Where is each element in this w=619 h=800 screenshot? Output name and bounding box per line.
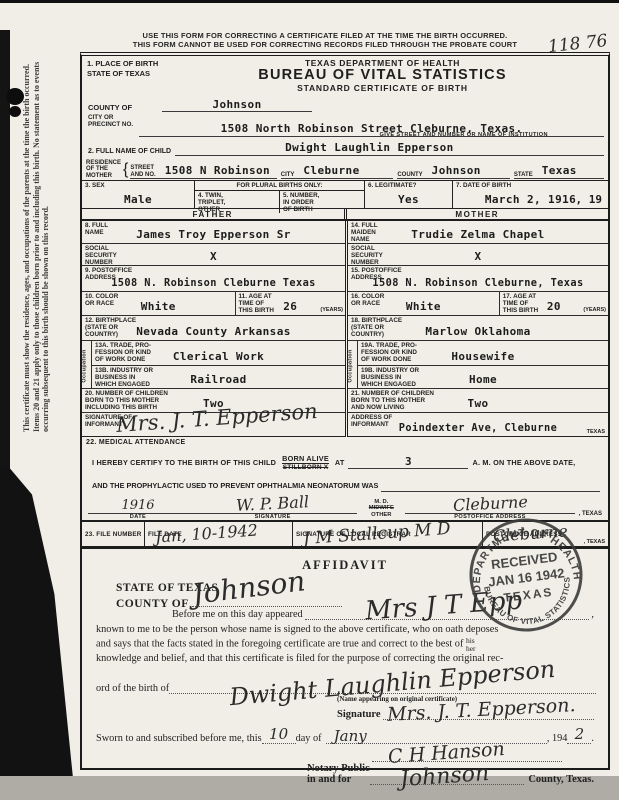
- father-birthplace-value: Nevada County Arkansas: [136, 325, 291, 338]
- state-of-texas-label: STATE OF TEXAS: [87, 69, 237, 79]
- father-address-label: 9. POSTOFFICE ADDRESS: [85, 267, 132, 281]
- notice-line-1: USE THIS FORM FOR CORRECTING A CERTIFICA…: [90, 31, 560, 40]
- father-column: 8. FULL NAME James Troy Epperson Sr SOCI…: [82, 221, 345, 437]
- children-living-field: 21. NUMBER OF CHILDREN BORN TO THIS MOTH…: [348, 389, 608, 413]
- mother-occupation-block: Occupation 19A. TRADE, PRO- FESSION OR K…: [348, 341, 608, 389]
- sworn-month-handwriting: Jany: [334, 727, 367, 745]
- scan-black-wedge: [0, 468, 80, 800]
- sex-field: 3. SEX Male: [82, 181, 194, 208]
- sworn-year-handwriting: 2: [575, 725, 585, 743]
- dob-label: 7. DATE OF BIRTH: [456, 182, 511, 189]
- legitimate-value: Yes: [398, 193, 419, 206]
- mother-age-field: 17. AGE AT TIME OF THIS BIRTH 20 (YEARS): [499, 292, 608, 315]
- sworn-end-period: .: [591, 733, 594, 744]
- sex-value: Male: [124, 193, 152, 206]
- sworn-day-handwriting: 10: [269, 725, 288, 743]
- father-ssn-label: SOCIAL SECURITY NUMBER: [85, 245, 117, 266]
- mother-name-field: 14. FULL MAIDEN NAME Trudie Zelma Chapel: [348, 221, 608, 244]
- mother-industry-field: 19B. INDUSTRY OR BUSINESS IN WHICH ENGAG…: [357, 366, 608, 389]
- notary-signature-line: C H Hanson: [372, 739, 562, 762]
- father-name-label: 8. FULL NAME: [85, 222, 108, 236]
- mother-name-value: Trudie Zelma Chapel: [411, 228, 544, 241]
- signature-label: Signature: [337, 709, 383, 720]
- sworn-mid-text: day of: [296, 733, 322, 744]
- sex-label: 3. SEX: [85, 182, 105, 189]
- prophylactic-line: AND THE PROPHYLACTIC USED TO PREVENT OPH…: [82, 474, 608, 496]
- child-name-field: 2. FULL NAME OF CHILD Dwight Laughlin Ep…: [82, 137, 608, 156]
- father-age-units: (YEARS): [320, 307, 343, 313]
- dob-value: March 2, 1916: [485, 193, 576, 206]
- father-ssn-value: X: [210, 250, 217, 263]
- certify-line: I HEREBY CERTIFY TO THE BIRTH OF THIS CH…: [82, 450, 608, 474]
- certificate-form: 1. PLACE OF BIRTH STATE OF TEXAS TEXAS D…: [80, 52, 610, 770]
- affidavit-section: AFFIDAVIT STATE OF TEXAS COUNTY OF Johns…: [82, 546, 608, 768]
- mother-trade-value: Housewife: [451, 350, 514, 363]
- mother-residence-field: RESIDENCE OF THE MOTHER { STREET AND NO.…: [82, 156, 608, 181]
- legitimate-field: 6. LEGITIMATE? Yes: [364, 181, 452, 208]
- rotated-margin-note: This certificate must show the residence…: [22, 60, 51, 432]
- occupation-side-label: Occupation: [348, 349, 354, 382]
- file-date-handwriting: Jan, 10-1942: [154, 520, 258, 546]
- city-precinct-field: CITY OR PRECINCT NO. 1508 North Robinson…: [82, 112, 608, 137]
- affidavit-signature-row: Signature Mrs. J. T. Epperson.: [337, 701, 594, 720]
- vitals-row: 3. SEX Male FOR PLURAL BIRTHS ONLY: 4. T…: [82, 181, 608, 209]
- mother-address-label: 15. POSTOFFICE ADDRESS: [351, 267, 402, 281]
- mother-column: 14. FULL MAIDEN NAME Trudie Zelma Chapel…: [345, 221, 608, 437]
- informant-address-state: TEXAS: [587, 429, 605, 435]
- notary-block: Notary Public in and for Johnson County,…: [307, 763, 594, 785]
- mother-age-label: 17. AGE AT TIME OF THIS BIRTH: [503, 293, 538, 314]
- father-age-value: 26: [283, 300, 297, 313]
- medical-date-handwriting: 1916: [121, 498, 154, 513]
- form-usage-notice: USE THIS FORM FOR CORRECTING A CERTIFICA…: [90, 31, 560, 49]
- father-race-label: 10. COLOR OR RACE: [85, 293, 118, 307]
- attendant-postoffice-handwriting: Cleburne: [452, 492, 528, 515]
- father-trade-label: 13A. TRADE, PRO- FESSION OR KIND OF WORK…: [95, 342, 151, 363]
- street-label: STREET AND NO.: [130, 165, 155, 178]
- mother-address-field: 15. POSTOFFICE ADDRESS 1508 N. Robinson …: [348, 266, 608, 292]
- notary-public-label: Notary Public in and for: [307, 763, 370, 785]
- father-section-label: FATHER: [82, 209, 344, 219]
- birth-of-line: ord of the birth of Dwight Laughlin Eppe…: [96, 677, 596, 694]
- sworn-pre-text: Sworn to and subscribed before me, this: [96, 733, 262, 744]
- father-race-value: White: [141, 300, 176, 313]
- children-born-label: 20. NUMBER OF CHILDREN BORN TO THIS MOTH…: [85, 390, 168, 411]
- bureau-title: BUREAU OF VITAL STATISTICS: [237, 68, 528, 83]
- informant-signature-field: SIGNATURE OF INFORMANT Mrs. J. T. Eppers…: [82, 413, 345, 437]
- appeared-pre-text: Before me on this day appeared: [96, 609, 303, 620]
- father-name-value: James Troy Epperson Sr: [136, 228, 291, 241]
- children-living-label: 21. NUMBER OF CHILDREN BORN TO THIS MOTH…: [351, 390, 434, 411]
- date-of-birth-field: 7. DATE OF BIRTH March 2, 1916 , 19: [452, 181, 608, 208]
- stillborn-struck-text: STILLBORN X: [282, 464, 329, 471]
- child-name-value: Dwight Laughlin Epperson: [285, 141, 454, 155]
- mother-age-units: (YEARS): [583, 307, 606, 313]
- father-trade-value: Clerical Work: [173, 350, 264, 363]
- mother-section-label: MOTHER: [344, 209, 609, 219]
- father-address-field: 9. POSTOFFICE ADDRESS 1508 N. Robinson C…: [82, 266, 345, 292]
- mother-birthplace-field: 18. BIRTHPLACE (STATE OR COUNTRY) Marlow…: [348, 316, 608, 341]
- res-state-label: STATE: [514, 172, 533, 179]
- father-industry-value: Railroad: [190, 373, 246, 386]
- birth-time-value: 3: [405, 455, 412, 468]
- file-state-label: , TEXAS: [584, 539, 605, 545]
- mother-industry-label: 19B. INDUSTRY OR BUSINESS IN WHICH ENGAG…: [361, 367, 419, 388]
- place-of-birth-label: 1. PLACE OF BIRTH: [87, 59, 237, 69]
- plural-births-label: FOR PLURAL BIRTHS ONLY:: [195, 181, 364, 191]
- mother-ssn-field: SOCIAL SECURITY NUMBER X: [348, 244, 608, 266]
- child-name-label: 2. FULL NAME OF CHILD: [88, 148, 171, 156]
- parent-section-band: FATHER MOTHER: [82, 209, 608, 221]
- res-county-label: COUNTY: [397, 172, 422, 179]
- mother-race-value: White: [406, 300, 441, 313]
- children-living-value: Two: [467, 397, 488, 410]
- city-precinct-label: CITY OR PRECINCT NO.: [88, 112, 133, 128]
- birth-of-pre-text: ord of the birth of: [96, 683, 169, 694]
- medical-attendance-band: 22. MEDICAL ATTENDANCE: [82, 437, 608, 450]
- prophylactic-text: AND THE PROPHYLACTIC USED TO PREVENT OPH…: [92, 481, 378, 490]
- father-industry-label: 13B. INDUSTRY OR BUSINESS IN WHICH ENGAG…: [95, 367, 153, 388]
- prophylactic-blank: [381, 479, 600, 492]
- mother-address-value: 1508 N. Robinson Cleburne, Texas: [372, 277, 583, 289]
- mother-age-value: 20: [547, 300, 561, 313]
- parents-grid: 8. FULL NAME James Troy Epperson Sr SOCI…: [82, 221, 608, 437]
- mother-trade-label: 19A. TRADE, PRO- FESSION OR KIND OF WORK…: [361, 342, 417, 363]
- mother-race-field: 16. COLOR OR RACE White: [348, 292, 499, 315]
- father-birthplace-label: 12. BIRTHPLACE (STATE OR COUNTRY): [85, 317, 136, 338]
- notary-county-suffix: County, Texas.: [524, 774, 594, 785]
- occupation-side-label: Occupation: [82, 349, 88, 382]
- file-number-label: 23. FILE NUMBER: [85, 531, 142, 538]
- registrar-signature-handwriting: J M Stallcup M D: [302, 519, 451, 549]
- scan-edge-top: [0, 0, 619, 3]
- attendant-type-stack: M. D. MIDWIFE OTHER: [357, 499, 405, 520]
- born-alive-text: BORN ALIVE: [282, 454, 329, 464]
- father-age-label: 11. AGE AT TIME OF THIS BIRTH: [239, 293, 274, 314]
- residence-label: RESIDENCE OF THE MOTHER: [86, 160, 121, 180]
- informant-address-value: Poindexter Ave, Cleburne: [399, 422, 557, 434]
- res-county-value: Johnson: [426, 164, 487, 178]
- informant-address-field: ADDRESS OF INFORMANT Poindexter Ave, Cle…: [348, 413, 608, 437]
- res-city-value: Cleburne: [297, 164, 365, 178]
- mother-industry-value: Home: [469, 373, 497, 386]
- father-trade-field: 13A. TRADE, PRO- FESSION OR KIND OF WORK…: [91, 341, 345, 366]
- mother-birthplace-label: 18. BIRTHPLACE (STATE OR COUNTRY): [351, 317, 402, 338]
- mother-race-label: 16. COLOR OR RACE: [351, 293, 384, 307]
- res-city-label: CITY: [281, 172, 295, 179]
- father-age-field: 11. AGE AT TIME OF THIS BIRTH 26 (YEARS): [235, 292, 345, 315]
- other-label: OTHER: [359, 512, 403, 518]
- stamp-texas: TEXAS: [503, 585, 554, 605]
- father-address-value: 1508 N. Robinson Cleburne Texas: [111, 277, 316, 289]
- county-field: COUNTY OF Johnson: [82, 92, 608, 112]
- mother-name-label: 14. FULL MAIDEN NAME: [351, 222, 378, 243]
- born-alive-stack: BORN ALIVE STILLBORN X: [282, 454, 329, 471]
- plural-births-box: FOR PLURAL BIRTHS ONLY: 4. TWIN, TRIPLET…: [194, 181, 364, 208]
- mother-birthplace-value: Marlow Oklahoma: [425, 325, 530, 338]
- attendant-signature-handwriting: W. P. Ball: [236, 492, 310, 515]
- at-label: AT: [335, 458, 345, 467]
- street-value: 1508 N Robinson: [159, 164, 276, 178]
- am-label: A. M. ON THE ABOVE DATE,: [472, 458, 575, 467]
- brace-glyph: {: [123, 161, 128, 179]
- county-label: COUNTY OF: [88, 103, 132, 112]
- scanned-birth-certificate: This certificate must show the residence…: [0, 0, 619, 800]
- father-ssn-field: SOCIAL SECURITY NUMBER X: [82, 244, 345, 266]
- father-race-age-row: 10. COLOR OR RACE White 11. AGE AT TIME …: [82, 292, 345, 316]
- affidavit-line-3: and says that the facts stated in the fo…: [96, 637, 596, 652]
- ink-blot: [9, 106, 21, 117]
- father-name-field: 8. FULL NAME James Troy Epperson Sr: [82, 221, 345, 244]
- mother-ssn-value: X: [474, 250, 481, 263]
- county-value: Johnson: [162, 98, 312, 112]
- notice-line-2: THIS FORM CANNOT BE USED FOR CORRECTING …: [90, 40, 560, 49]
- informant-address-label: ADDRESS OF INFORMANT: [351, 414, 392, 428]
- father-industry-field: 13B. INDUSTRY OR BUSINESS IN WHICH ENGAG…: [91, 366, 345, 389]
- father-birthplace-field: 12. BIRTHPLACE (STATE OR COUNTRY) Nevada…: [82, 316, 345, 341]
- father-occupation-block: Occupation 13A. TRADE, PRO- FESSION OR K…: [82, 341, 345, 389]
- mother-race-age-row: 16. COLOR OR RACE White 17. AGE AT TIME …: [348, 292, 608, 316]
- received-stamp: DEPARTMENT OF HEALTH BUREAU OF VITAL STA…: [459, 508, 593, 642]
- mother-trade-field: 19A. TRADE, PRO- FESSION OR KIND OF WORK…: [357, 341, 608, 366]
- legitimate-label: 6. LEGITIMATE?: [368, 182, 417, 189]
- certify-pre-text: I HEREBY CERTIFY TO THE BIRTH OF THIS CH…: [92, 458, 276, 467]
- res-state-value: Texas: [536, 164, 583, 178]
- dob-suffix: , 19: [576, 193, 603, 206]
- mother-ssn-label: SOCIAL SECURITY NUMBER: [351, 245, 383, 266]
- certificate-header: 1. PLACE OF BIRTH STATE OF TEXAS TEXAS D…: [82, 56, 608, 92]
- father-race-field: 10. COLOR OR RACE White: [82, 292, 235, 315]
